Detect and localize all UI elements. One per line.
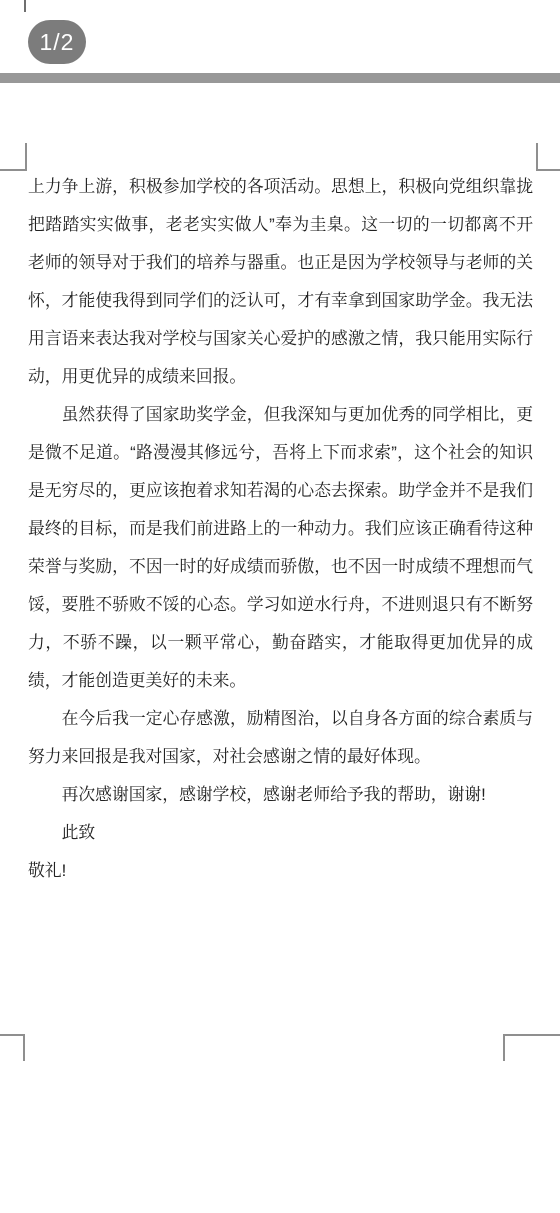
doc-paragraph: 虽然获得了国家助奖学金，但我深知与更加优秀的同学相比，更是微不足道。“路漫漫其修… [28,396,533,700]
page-divider-band [0,73,560,83]
scan-corner-mark-bottom-left [0,1034,25,1061]
doc-paragraph: 再次感谢国家，感谢学校，感谢老师给予我的帮助，谢谢! [28,776,533,814]
doc-paragraph-salutation: 此致 [28,814,533,852]
scan-corner-mark-top-right [536,143,560,171]
doc-paragraph-closing: 敬礼! [28,852,533,890]
doc-paragraph: 上力争上游，积极参加学校的各项活动。思想上，积极向党组织靠拢把踏踏实实做事，老老… [28,168,533,396]
page-indicator-badge: 1/2 [28,20,86,64]
document-page-text: 上力争上游，积极参加学校的各项活动。思想上，积极向党组织靠拢把踏踏实实做事，老老… [28,168,533,890]
document-preview-screen: 1/2 上力争上游，积极参加学校的各项活动。思想上，积极向党组织靠拢把踏踏实实做… [0,0,560,1213]
scan-corner-mark-top-left [0,143,27,171]
previous-page-corner-mark [24,0,26,12]
doc-paragraph: 在今后我一定心存感激，励精图治，以自身各方面的综合素质与努力来回报是我对国家，对… [28,700,533,776]
scan-corner-mark-bottom-right [503,1034,560,1061]
